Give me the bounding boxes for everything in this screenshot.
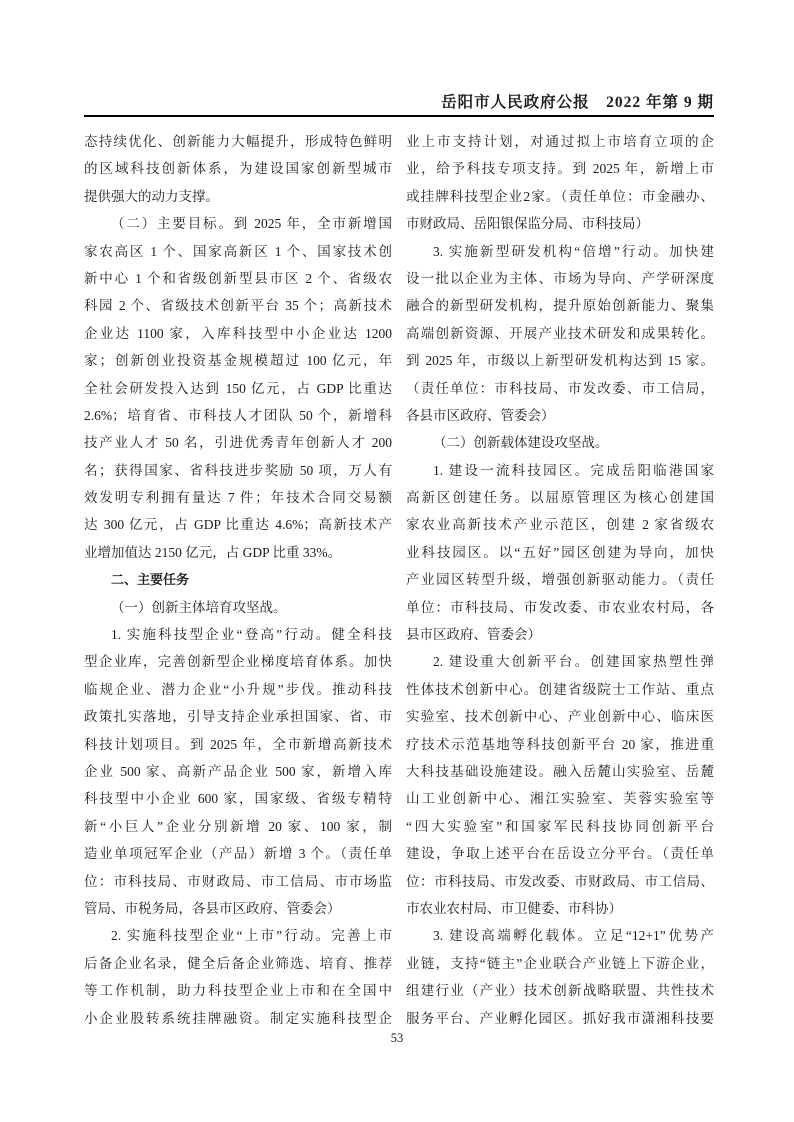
text-line: 家农高区 1 个、国家高新区 1 个、国家技术创 <box>84 238 392 265</box>
text-line: 提供强大的动力支撑。 <box>84 183 392 210</box>
text-line: 性体技术创新中心。创建省级院士工作站、重点 <box>406 676 714 703</box>
column-left: 态持续优化、创新能力大幅提升，形成特色鲜明的区域科技创新体系，为建设国家创新型城… <box>84 128 392 1032</box>
text-line: 业科技园区。以“五好”园区创建为导向，加快 <box>406 539 714 566</box>
text-line: 后备企业名录，健全后备企业筛选、培育、推荐 <box>84 950 392 977</box>
text-line: 单位：市科技局、市发改委、市农业农村局，各 <box>406 594 714 621</box>
text-line: 设一批以企业为主体、市场为导向、产学研深度 <box>406 265 714 292</box>
text-line: 企业 500 家、高新产品企业 500 家，新增入库 <box>84 758 392 785</box>
text-line: 1. 实施科技型企业“登高”行动。健全科技 <box>84 621 392 648</box>
text-line: 业上市支持计划，对通过拟上市培育立项的企 <box>406 128 714 155</box>
text-line: 2. 实施科技型企业“上市”行动。完善上市 <box>84 922 392 949</box>
text-line: 1. 建设一流科技园区。完成岳阳临港国家 <box>406 457 714 484</box>
text-line: 高新区创建任务。以屈原管理区为核心创建国 <box>406 484 714 511</box>
header-rule <box>84 115 714 117</box>
text-line: 二、主要任务 <box>84 566 392 593</box>
text-line: 3. 实施新型研发机构“倍增”行动。加快建 <box>406 238 714 265</box>
text-line: 新“小巨人”企业分别新增 20 家、100 家，制 <box>84 813 392 840</box>
text-line: 实验室、技术创新中心、产业创新中心、临床医 <box>406 703 714 730</box>
text-line: （一）创新主体培育攻坚战。 <box>84 594 392 621</box>
text-line: 服务平台、产业孵化园区。抓好我市潇湘科技要 <box>406 1005 714 1032</box>
text-line: 市财政局、岳阳银保监分局、市科技局） <box>406 210 714 237</box>
text-line: 各县市区政府、管委会） <box>406 402 714 429</box>
text-line: （二）创新载体建设攻坚战。 <box>406 429 714 456</box>
text-line: 融合的新型研发机构，提升原始创新能力、聚集 <box>406 292 714 319</box>
text-line: 家；创新创业投资基金规模超过 100 亿元，年 <box>84 347 392 374</box>
text-line: 市农业农村局、市卫健委、市科协） <box>406 895 714 922</box>
page-number: 53 <box>0 1031 794 1046</box>
gazette-header-title: 岳阳市人民政府公报 2022 年第 9 期 <box>84 90 714 112</box>
text-line: 山工业创新中心、湘江实验室、芙蓉实验室等 <box>406 785 714 812</box>
text-line: 达 300 亿元，占 GDP 比重达 4.6%；高新技术产 <box>84 511 392 538</box>
text-line: “四大实验室”和国家军民科技协同创新平台 <box>406 813 714 840</box>
text-line: 技产业人才 50 名，引进优秀青年创新人才 200 <box>84 429 392 456</box>
text-line: 型企业库，完善创新型企业梯度培育体系。加快 <box>84 648 392 675</box>
text-line: 大科技基础设施建设。融入岳麓山实验室、岳麓 <box>406 758 714 785</box>
text-line: 位：市科技局、市发改委、市财政局、市工信局、 <box>406 868 714 895</box>
text-line: 临规企业、潜力企业“小升规”步伐。推动科技 <box>84 676 392 703</box>
text-line: （二）主要目标。到 2025 年，全市新增国 <box>84 210 392 237</box>
text-line: （责任单位：市科技局、市发改委、市工信局， <box>406 375 714 402</box>
body-columns: 态持续优化、创新能力大幅提升，形成特色鲜明的区域科技创新体系，为建设国家创新型城… <box>84 128 714 1032</box>
text-line: 县市区政府、管委会） <box>406 621 714 648</box>
text-line: 2.6%；培育省、市科技人才团队 50 个，新增科 <box>84 402 392 429</box>
text-line: 等工作机制，助力科技型企业上市和在全国中 <box>84 977 392 1004</box>
text-line: 2. 建设重大创新平台。创建国家热塑性弹 <box>406 648 714 675</box>
text-line: 高端创新资源、开展产业技术研发和成果转化。 <box>406 320 714 347</box>
text-line: 位：市科技局、市财政局、市工信局、市市场监 <box>84 868 392 895</box>
gazette-page: 岳阳市人民政府公报 2022 年第 9 期 态持续优化、创新能力大幅提升，形成特… <box>0 0 794 1122</box>
text-line: 家农业高新技术产业示范区，创建 2 家省级农 <box>406 511 714 538</box>
text-line: 小企业股转系统挂牌融资。制定实施科技型企 <box>84 1005 392 1032</box>
text-line: 疗技术示范基地等科技创新平台 20 家，推进重 <box>406 731 714 758</box>
text-line: 全社会研发投入达到 150 亿元，占 GDP 比重达 <box>84 375 392 402</box>
text-line: 科技型中小企业 600 家，国家级、省级专精特 <box>84 785 392 812</box>
text-line: 科园 2 个、省级技术创新平台 35 个；高新技术 <box>84 292 392 319</box>
text-line: 3. 建设高端孵化载体。立足“12+1”优势产 <box>406 922 714 949</box>
text-line: 到 2025 年，市级以上新型研发机构达到 15 家。 <box>406 347 714 374</box>
text-line: 名；获得国家、省科技进步奖励 50 项，万人有 <box>84 457 392 484</box>
column-right: 业上市支持计划，对通过拟上市培育立项的企业，给予科技专项支持。到 2025 年，… <box>406 128 714 1032</box>
text-line: 组建行业（产业）技术创新战略联盟、共性技术 <box>406 977 714 1004</box>
text-line: 效发明专利拥有量达 7 件；年技术合同交易额 <box>84 484 392 511</box>
text-line: 态持续优化、创新能力大幅提升，形成特色鲜明 <box>84 128 392 155</box>
text-line: 政策扎实落地，引导支持企业承担国家、省、市 <box>84 703 392 730</box>
text-line: 管局、市税务局，各县市区政府、管委会） <box>84 895 392 922</box>
text-line: 造业单项冠军企业（产品）新增 3 个。（责任单 <box>84 840 392 867</box>
text-line: 新中心 1 个和省级创新型县市区 2 个、省级农 <box>84 265 392 292</box>
text-line: 产业园区转型升级，增强创新驱动能力。（责任 <box>406 566 714 593</box>
text-line: 企业达 1100 家，入库科技型中小企业达 1200 <box>84 320 392 347</box>
text-line: 科技计划项目。到 2025 年，全市新增高新技术 <box>84 731 392 758</box>
text-line: 业增加值达 2150 亿元，占 GDP 比重 33%。 <box>84 539 392 566</box>
text-line: 建设，争取上述平台在岳设立分平台。（责任单 <box>406 840 714 867</box>
text-line: 的区域科技创新体系，为建设国家创新型城市 <box>84 155 392 182</box>
text-line: 业链，支持“链主”企业联合产业链上下游企业， <box>406 950 714 977</box>
text-line: 业，给予科技专项支持。到 2025 年，新增上市 <box>406 155 714 182</box>
text-line: 或挂牌科技型企业2家。（责任单位：市金融办、 <box>406 183 714 210</box>
